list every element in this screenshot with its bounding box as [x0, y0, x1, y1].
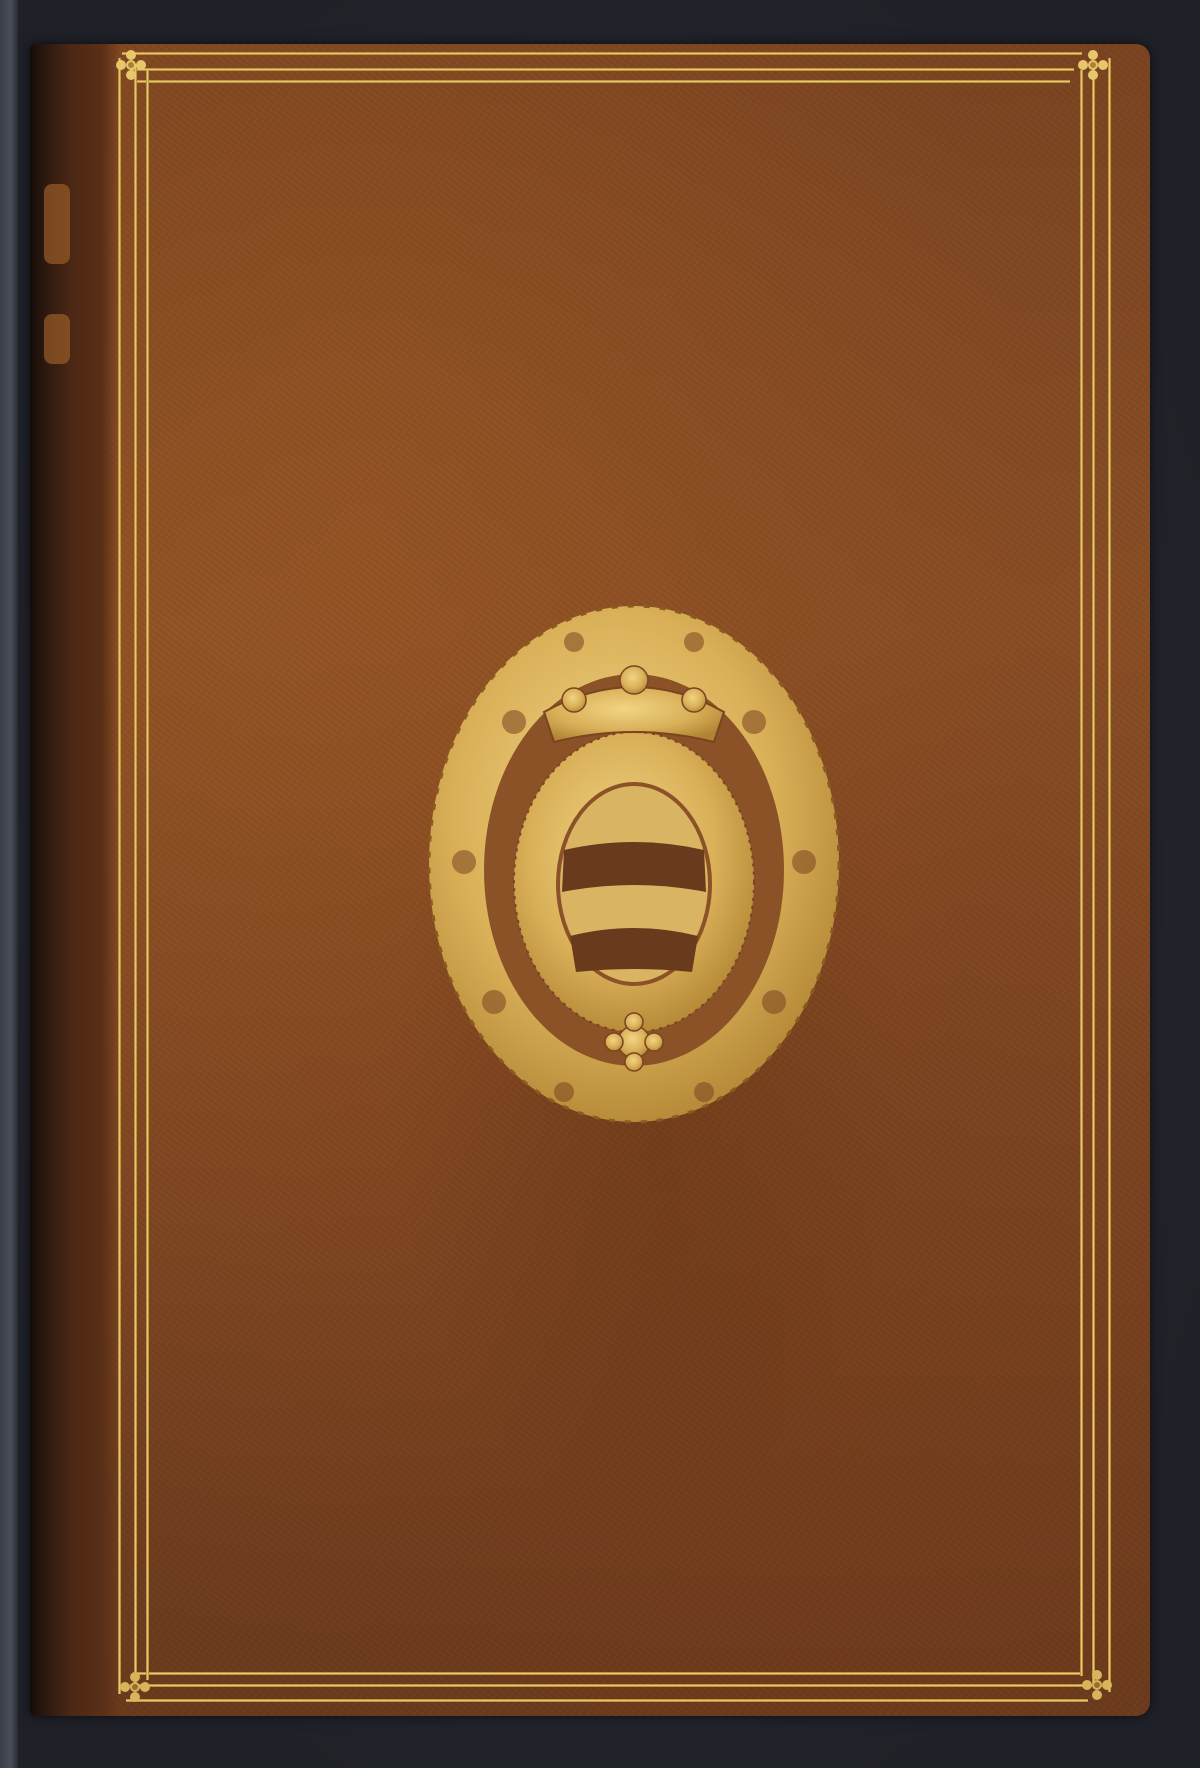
- gilt-fillet-top-2: [130, 68, 1074, 71]
- gilt-fillet-bottom-1: [134, 1672, 1080, 1675]
- wear-spot: [44, 184, 70, 264]
- armorial-stamp-icon: [424, 602, 844, 1126]
- rosette-top-left-icon: [114, 48, 148, 82]
- gilt-fillet-bottom-2: [130, 1684, 1084, 1687]
- gilt-fillet-right-1: [1080, 70, 1083, 1676]
- background-board-edge: [0, 0, 18, 1768]
- rosette-bottom-left-icon: [118, 1670, 152, 1704]
- rosette-top-right-icon: [1076, 48, 1110, 82]
- rosette-bottom-right-icon: [1080, 1668, 1114, 1702]
- gilt-fillet-right-2: [1092, 64, 1095, 1684]
- gilt-fillet-left-1: [118, 58, 121, 1694]
- gilt-fillet-right-3: [1108, 58, 1111, 1692]
- spine-edge: [30, 44, 120, 1716]
- gilt-fillet-top-3: [134, 80, 1070, 83]
- gilt-fillet-bottom-3: [126, 1699, 1088, 1702]
- gilt-fillet-top-1: [122, 52, 1082, 55]
- gilt-fillet-left-2: [134, 64, 137, 1688]
- wear-spot: [44, 314, 70, 364]
- gilt-fillet-left-3: [146, 70, 149, 1680]
